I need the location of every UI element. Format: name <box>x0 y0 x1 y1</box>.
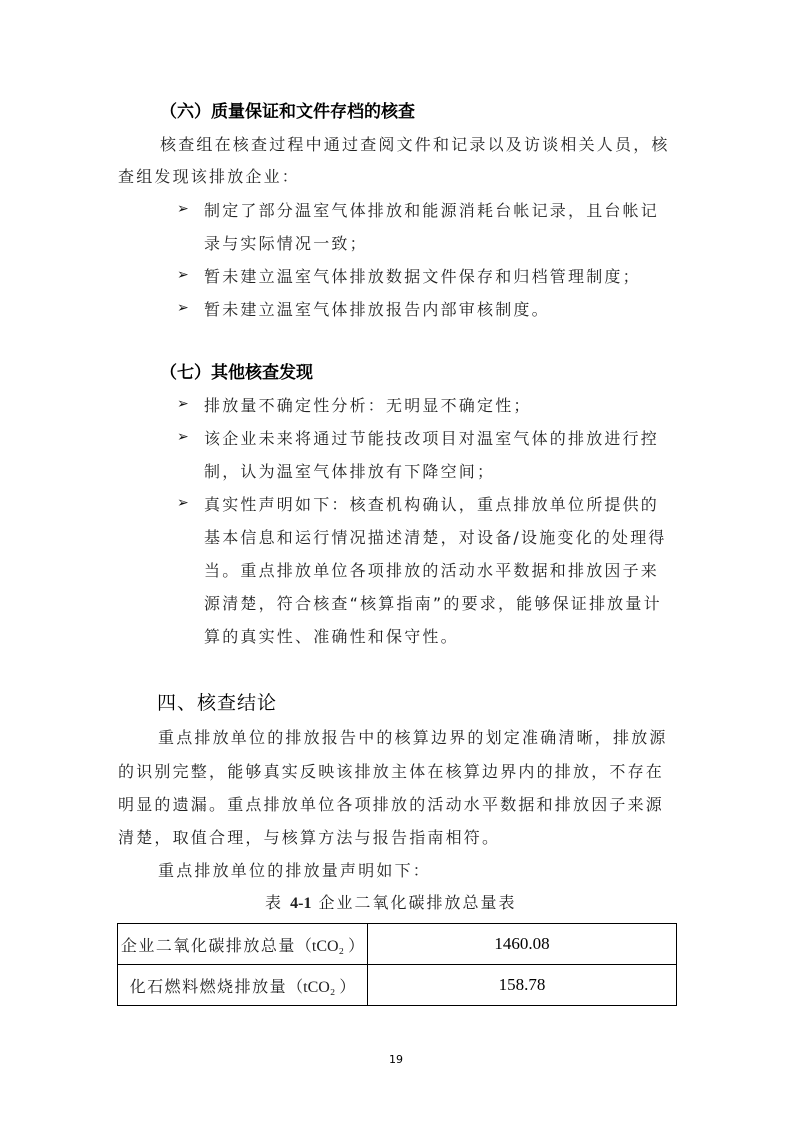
bullet-text: 当。重点排放单位各项排放的活动水平数据和排放因子来 <box>204 558 659 581</box>
row-label: 企业二氧化碳排放总量 <box>121 936 296 955</box>
bullet-text: 排放量不确定性分析：无明显不确定性； <box>204 393 532 416</box>
bullet-text: 源清楚，符合核查“核算指南”的要求，能够保证排放量计 <box>204 591 662 614</box>
table-caption: 表 4-1 企业二氧化碳排放总量表 <box>265 890 517 913</box>
row-label: 化石燃料燃烧排放量 <box>130 977 288 996</box>
table-cell-value: 1460.08 <box>368 924 677 965</box>
bullet-arrow-icon: ➢ <box>177 300 189 316</box>
row-unit: （tCO₂ ） <box>296 938 364 955</box>
paragraph-line: 查组发现该排放企业： <box>118 164 300 187</box>
table-cell-value: 158.78 <box>368 965 677 1006</box>
bullet-arrow-icon: ➢ <box>177 396 189 412</box>
bullet-text: 基本信息和运行情况描述清楚，对设备/设施变化的处理得 <box>204 525 667 548</box>
table-cell-label: 企业二氧化碳排放总量（tCO₂ ） <box>118 924 368 965</box>
bullet-text: 暂未建立温室气体排放数据文件保存和归档管理制度； <box>204 264 641 287</box>
paragraph-line: 的识别完整，能够真实反映该排放主体在核算边界内的排放，不存在 <box>118 759 664 782</box>
table-row: 化石燃料燃烧排放量（tCO₂ ） 158.78 <box>118 965 677 1006</box>
bullet-text: 录与实际情况一致； <box>204 231 368 254</box>
paragraph-line: 重点排放单位的排放报告中的核算边界的划定准确清晰，排放源 <box>158 725 668 748</box>
row-unit: （tCO₂ ） <box>287 979 355 996</box>
emissions-table: 企业二氧化碳排放总量（tCO₂ ） 1460.08 化石燃料燃烧排放量（tCO₂… <box>117 923 677 1006</box>
paragraph-line: 清楚，取值合理，与核算方法与报告指南相符。 <box>118 825 500 848</box>
section-heading-quality-assurance: （六）质量保证和文件存档的核查 <box>160 97 415 122</box>
bullet-arrow-icon: ➢ <box>177 201 189 217</box>
caption-number: 4-1 <box>290 895 311 912</box>
document-page: （六）质量保证和文件存档的核查 核查组在核查过程中通过查阅文件和记录以及访谈相关… <box>0 0 793 1122</box>
section-heading-conclusion: 四、核查结论 <box>157 688 277 715</box>
bullet-arrow-icon: ➢ <box>177 429 189 445</box>
bullet-text: 真实性声明如下：核查机构确认，重点排放单位所提供的 <box>204 492 659 515</box>
paragraph-line: 重点排放单位的排放量声明如下： <box>158 858 431 881</box>
bullet-text: 制，认为温室气体排放有下降空间； <box>204 459 495 482</box>
bullet-arrow-icon: ➢ <box>177 267 189 283</box>
bullet-text: 制定了部分温室气体排放和能源消耗台帐记录，且台帐记 <box>204 198 659 221</box>
caption-title: 企业二氧化碳排放总量表 <box>319 893 517 912</box>
bullet-text: 该企业未来将通过节能技改项目对温室气体的排放进行控 <box>204 426 659 449</box>
section-heading-other-findings: （七）其他核查发现 <box>160 358 313 383</box>
paragraph-line: 核查组在核查过程中通过查阅文件和记录以及访谈相关人员，核 <box>160 132 670 155</box>
page-number: 19 <box>389 1053 403 1066</box>
bullet-text: 算的真实性、准确性和保守性。 <box>204 624 459 647</box>
bullet-arrow-icon: ➢ <box>177 495 189 511</box>
bullet-text: 暂未建立温室气体排放报告内部审核制度。 <box>204 297 550 320</box>
caption-prefix: 表 <box>265 893 283 912</box>
table-cell-label: 化石燃料燃烧排放量（tCO₂ ） <box>118 965 368 1006</box>
table-row: 企业二氧化碳排放总量（tCO₂ ） 1460.08 <box>118 924 677 965</box>
paragraph-line: 明显的遗漏。重点排放单位各项排放的活动水平数据和排放因子来源 <box>118 792 664 815</box>
